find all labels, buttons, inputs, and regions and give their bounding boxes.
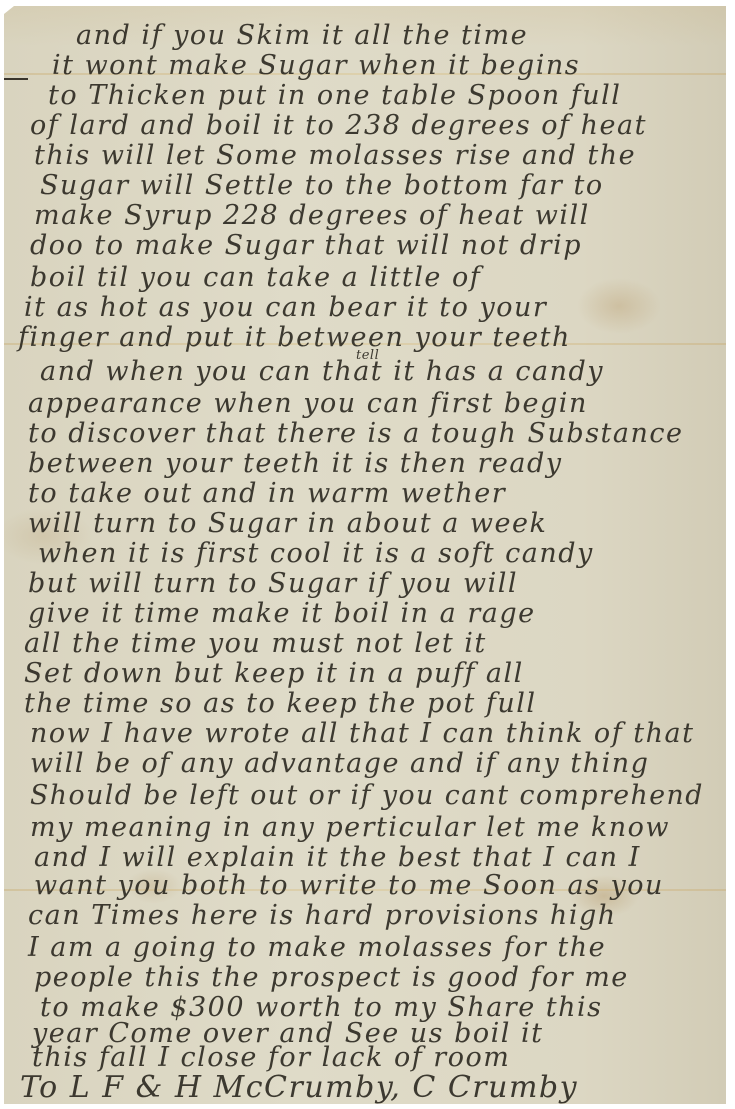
letter-page: and if you Skim it all the time it wont …: [4, 6, 726, 1104]
letter-line: it as hot as you can bear it to your: [24, 292, 547, 323]
letter-line: of lard and boil it to 238 degrees of he…: [30, 110, 647, 141]
letter-line: can Times here is hard provisions high: [28, 900, 617, 931]
letter-line: between your teeth it is then ready: [28, 448, 563, 479]
letter-line: finger and put it between your teeth: [18, 322, 571, 353]
letter-line: Set down but keep it in a puff all: [24, 658, 524, 689]
letter-line: Sugar will Settle to the bottom far to: [40, 170, 604, 201]
letter-line: I am a going to make molasses for the: [28, 932, 606, 963]
letter-body: and if you Skim it all the time it wont …: [4, 6, 726, 1104]
letter-line: boil til you can take a little of: [30, 262, 481, 293]
letter-line: all the time you must not let it: [24, 628, 487, 659]
letter-line: to take out and in warm wether: [28, 478, 506, 509]
letter-line: and I will explain it the best that I ca…: [34, 842, 641, 873]
letter-line: this will let Some molasses rise and the: [34, 140, 636, 171]
letter-line: this fall I close for lack of room: [32, 1042, 510, 1073]
letter-line: doo to make Sugar that will not drip: [30, 230, 582, 261]
letter-signature: To L F & H McCrumby, C Crumby: [20, 1070, 578, 1105]
letter-line: the time so as to keep the pot full: [24, 688, 536, 719]
letter-line: people this the prospect is good for me: [34, 962, 629, 993]
letter-line: but will turn to Sugar if you will: [28, 568, 518, 599]
letter-line: make Syrup 228 degrees of heat will: [34, 200, 590, 231]
letter-line: to discover that there is a tough Substa…: [28, 418, 683, 449]
letter-line: it wont make Sugar when it begins: [52, 50, 580, 81]
letter-line: and if you Skim it all the time: [76, 20, 528, 51]
letter-line: give it time make it boil in a rage: [28, 598, 536, 629]
letter-line: will be of any advantage and if any thin…: [30, 748, 649, 779]
letter-line: when it is first cool it is a soft candy: [38, 538, 594, 569]
letter-line: want you both to write to me Soon as you: [34, 870, 664, 901]
letter-line: Should be left out or if you cant compre…: [30, 780, 704, 811]
letter-line: to Thicken put in one table Spoon full: [48, 80, 621, 111]
letter-line: will turn to Sugar in about a week: [28, 508, 547, 539]
letter-line: my meaning in any perticular let me know: [30, 812, 670, 843]
letter-line: appearance when you can first begin: [28, 388, 588, 419]
letter-line: and when you can that it has a candy: [40, 356, 604, 387]
letter-line: now I have wrote all that I can think of…: [30, 718, 694, 749]
